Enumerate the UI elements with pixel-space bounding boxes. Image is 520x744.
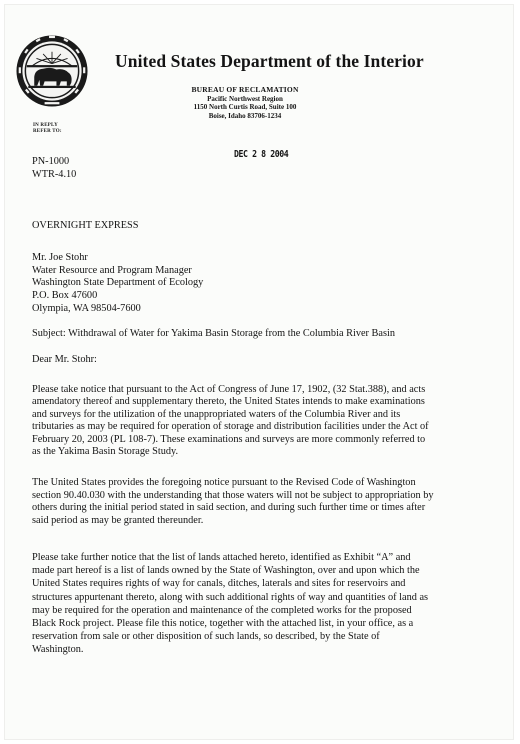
delivery-method: OVERNIGHT EXPRESS <box>32 220 139 233</box>
body-paragraph-1: Please take notice that pursuant to the … <box>32 384 429 458</box>
bureau-street: 1150 North Curtis Road, Suite 100 <box>180 103 310 112</box>
paragraph-line: section 90.40.030 with the understanding… <box>32 490 434 503</box>
paragraph-line: said period as may be granted thereunder… <box>32 515 434 528</box>
date-stamp: DEC 2 8 2004 <box>234 149 288 160</box>
paragraph-line: others during the initial period stated … <box>32 502 434 515</box>
paragraph-line: may be required for the operation and ma… <box>32 604 428 617</box>
paragraph-line: Washington. <box>32 643 428 656</box>
paragraph-line: structures appurtenant thereto, along wi… <box>32 591 428 604</box>
file-code: WTR-4.10 <box>32 168 76 181</box>
file-code: PN-1000 <box>32 155 76 168</box>
paragraph-line: United States requires rights of way for… <box>32 577 428 590</box>
reply-label-line: REFER TO: <box>33 129 62 135</box>
paragraph-line: amendatory thereof and supplementary the… <box>32 396 429 408</box>
bureau-city: Boise, Idaho 83706-1234 <box>180 112 310 121</box>
recipient-address: Mr. Joe Stohr Water Resource and Program… <box>32 252 203 316</box>
paragraph-line: made part hereof is a list of lands owne… <box>32 564 428 577</box>
paragraph-line: Please take further notice that the list… <box>32 551 428 564</box>
in-reply-refer-to-label: IN REPLY REFER TO: <box>33 123 62 135</box>
department-seal-icon <box>15 34 89 108</box>
body-paragraph-2: The United States provides the foregoing… <box>32 477 434 527</box>
paragraph-line: reservation from sale or other dispositi… <box>32 630 428 643</box>
subject-line: Subject: Withdrawal of Water for Yakima … <box>32 328 395 341</box>
paragraph-line: as the Yakima Basin Storage Study. <box>32 446 429 458</box>
recipient-po-box: P.O. Box 47600 <box>32 290 203 303</box>
paragraph-line: Black Rock project. Please file this not… <box>32 617 428 630</box>
paragraph-line: The United States provides the foregoing… <box>32 477 434 490</box>
file-codes: PN-1000 WTR-4.10 <box>32 155 76 181</box>
bureau-address-block: BUREAU OF RECLAMATION Pacific Northwest … <box>180 86 310 120</box>
bureau-name: BUREAU OF RECLAMATION <box>180 86 310 95</box>
recipient-organization: Washington State Department of Ecology <box>32 277 203 290</box>
recipient-title: Water Resource and Program Manager <box>32 265 203 278</box>
recipient-name: Mr. Joe Stohr <box>32 252 203 265</box>
letter-page: IN REPLY REFER TO: United States Departm… <box>4 4 514 740</box>
bureau-region: Pacific Northwest Region <box>180 95 310 104</box>
body-paragraph-3: Please take further notice that the list… <box>32 551 428 657</box>
paragraph-line: February 20, 2003 (PL 108-7). These exam… <box>32 434 429 446</box>
paragraph-line: and surveys for the utilization of the u… <box>32 409 429 421</box>
paragraph-line: Please take notice that pursuant to the … <box>32 384 429 396</box>
salutation: Dear Mr. Stohr: <box>32 354 97 367</box>
department-title: United States Department of the Interior <box>115 51 424 72</box>
recipient-city: Olympia, WA 98504-7600 <box>32 303 203 316</box>
paragraph-line: tributaries as may be required for opera… <box>32 421 429 433</box>
